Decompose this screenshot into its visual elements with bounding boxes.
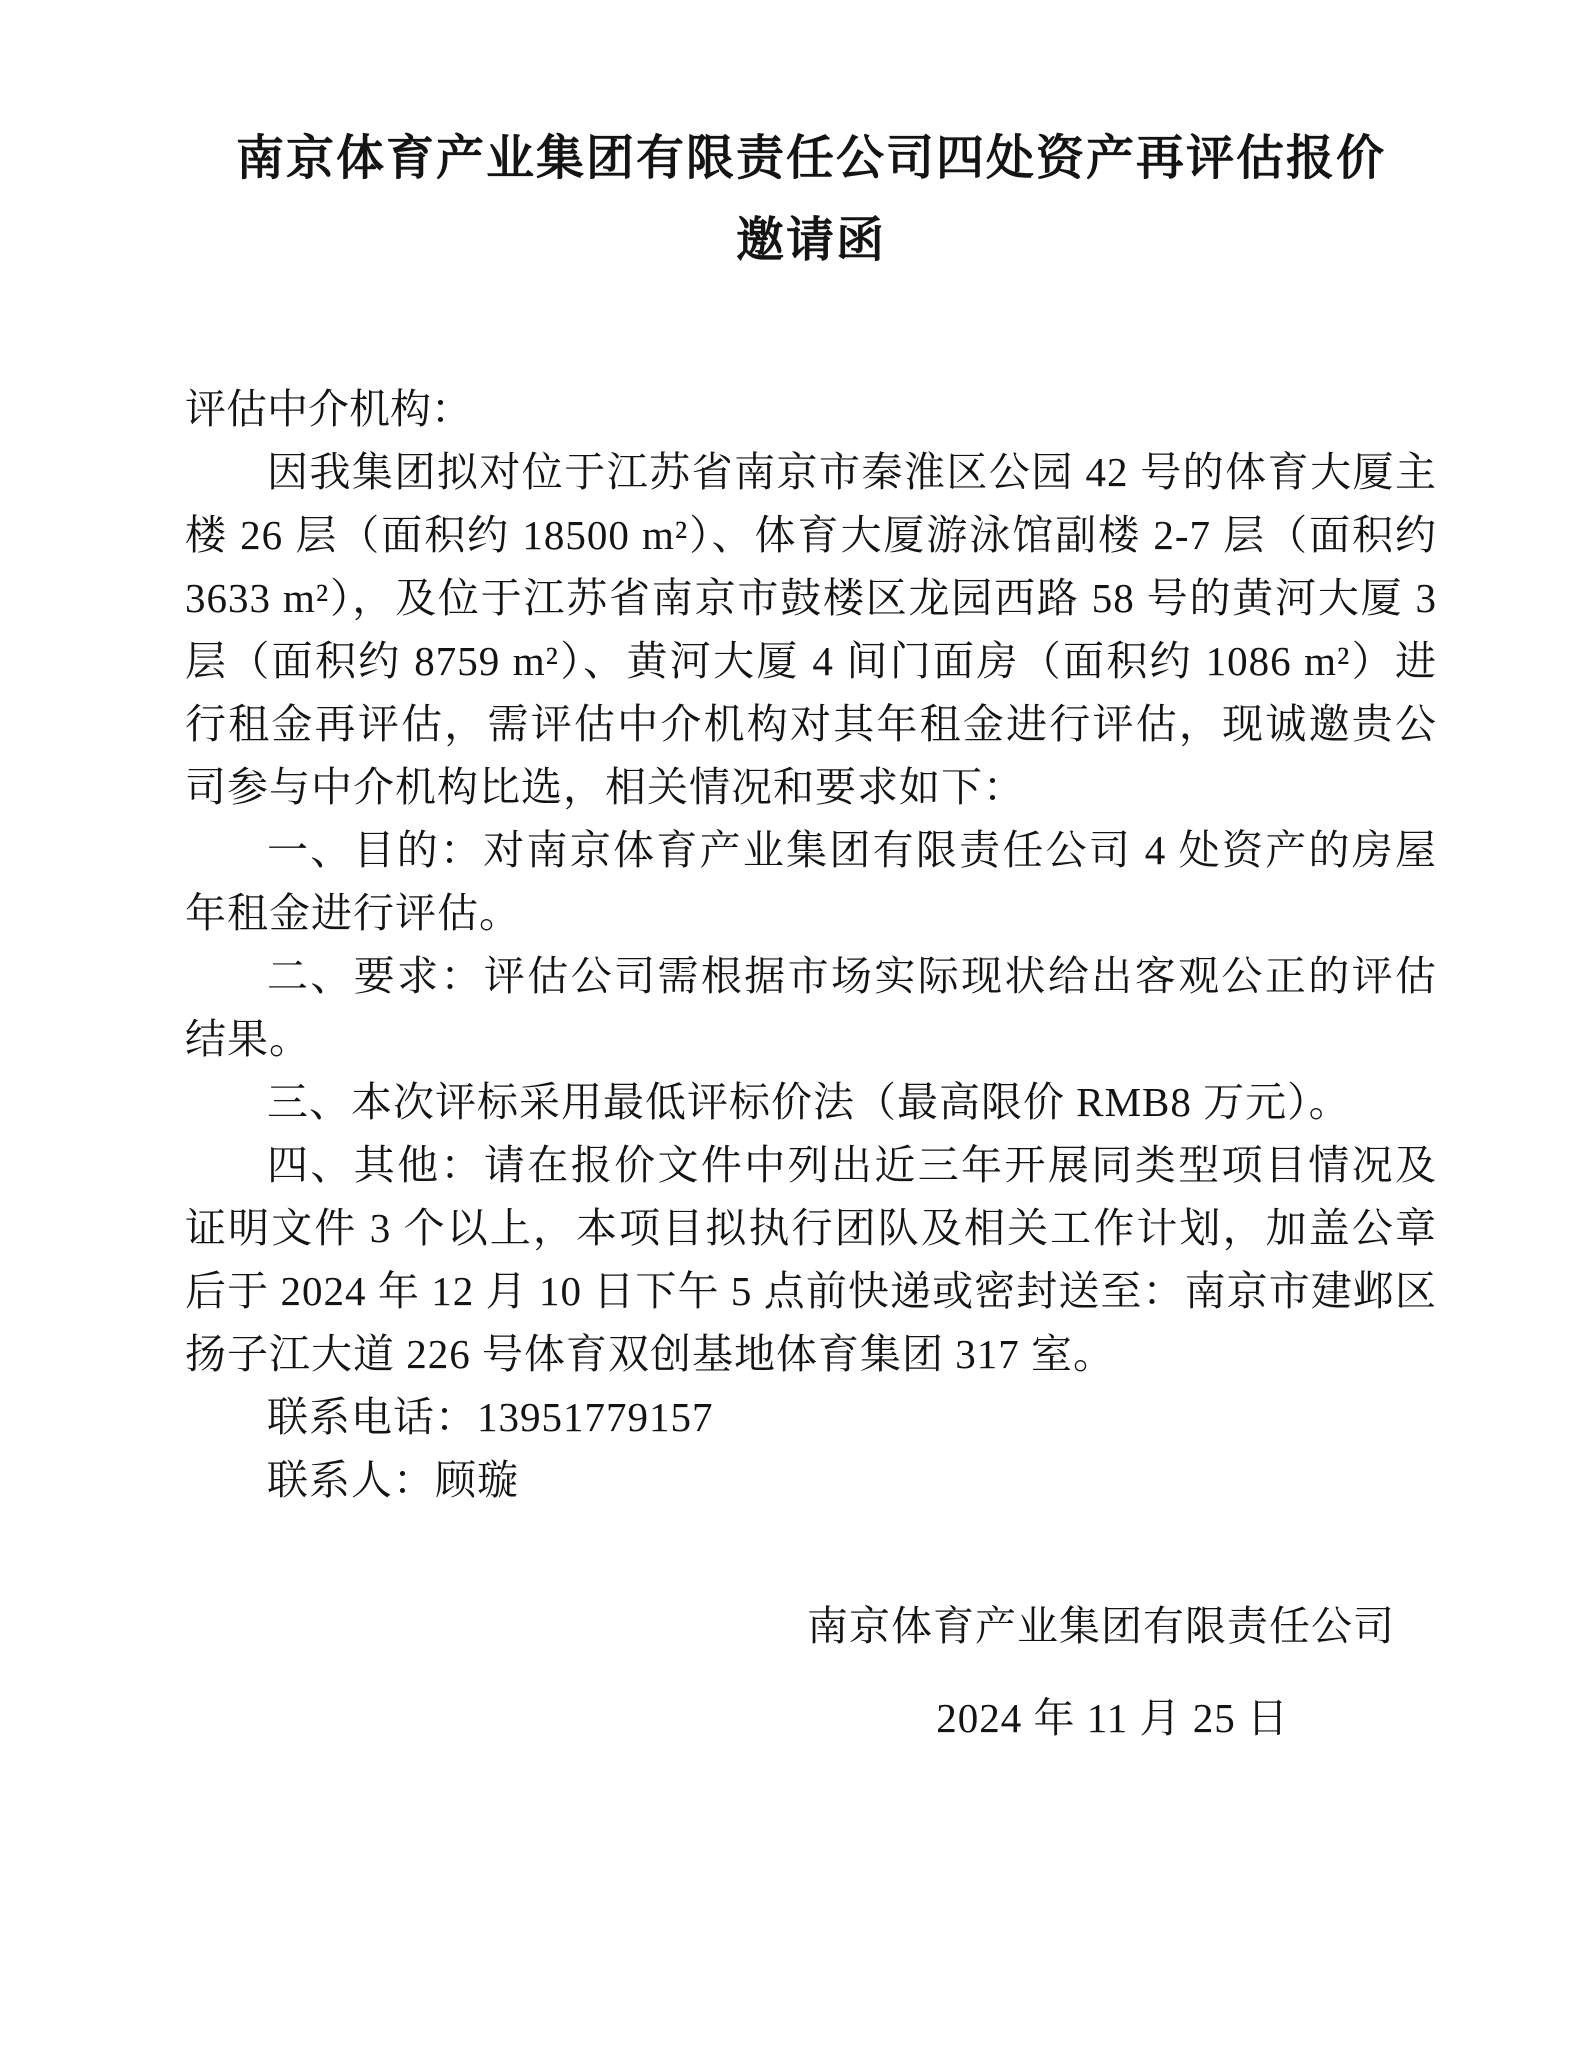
contact-phone-line: 联系电话：13951779157 [185, 1386, 1437, 1449]
paragraph-item-3-price-method: 三、本次评标采用最低评标价法（最高限价 RMB8 万元）。 [185, 1071, 1437, 1134]
signature-company-name: 南京体育产业集团有限责任公司 [185, 1580, 1437, 1672]
paragraph-intro: 因我集团拟对位于江苏省南京市秦淮区公园 42 号的体育大厦主楼 26 层（面积约… [185, 441, 1437, 819]
document-title: 南京体育产业集团有限责任公司四处资产再评估报价 邀请函 [185, 118, 1437, 282]
salutation-line: 评估中介机构： [185, 378, 1437, 441]
document-page: 南京体育产业集团有限责任公司四处资产再评估报价 邀请函 评估中介机构： 因我集团… [0, 0, 1587, 2064]
document-title-line1: 南京体育产业集团有限责任公司四处资产再评估报价 [185, 118, 1437, 200]
signature-date: 2024 年 11 月 25 日 [185, 1672, 1437, 1764]
paragraph-item-4-other: 四、其他：请在报价文件中列出近三年开展同类型项目情况及证明文件 3 个以上，本项… [185, 1134, 1437, 1386]
contact-person-line: 联系人：顾璇 [185, 1449, 1437, 1512]
signature-block: 南京体育产业集团有限责任公司 2024 年 11 月 25 日 [185, 1580, 1437, 1764]
paragraph-item-1-purpose: 一、目的：对南京体育产业集团有限责任公司 4 处资产的房屋年租金进行评估。 [185, 819, 1437, 945]
paragraph-item-2-requirement: 二、要求：评估公司需根据市场实际现状给出客观公正的评估结果。 [185, 945, 1437, 1071]
document-title-line2: 邀请函 [185, 200, 1437, 282]
